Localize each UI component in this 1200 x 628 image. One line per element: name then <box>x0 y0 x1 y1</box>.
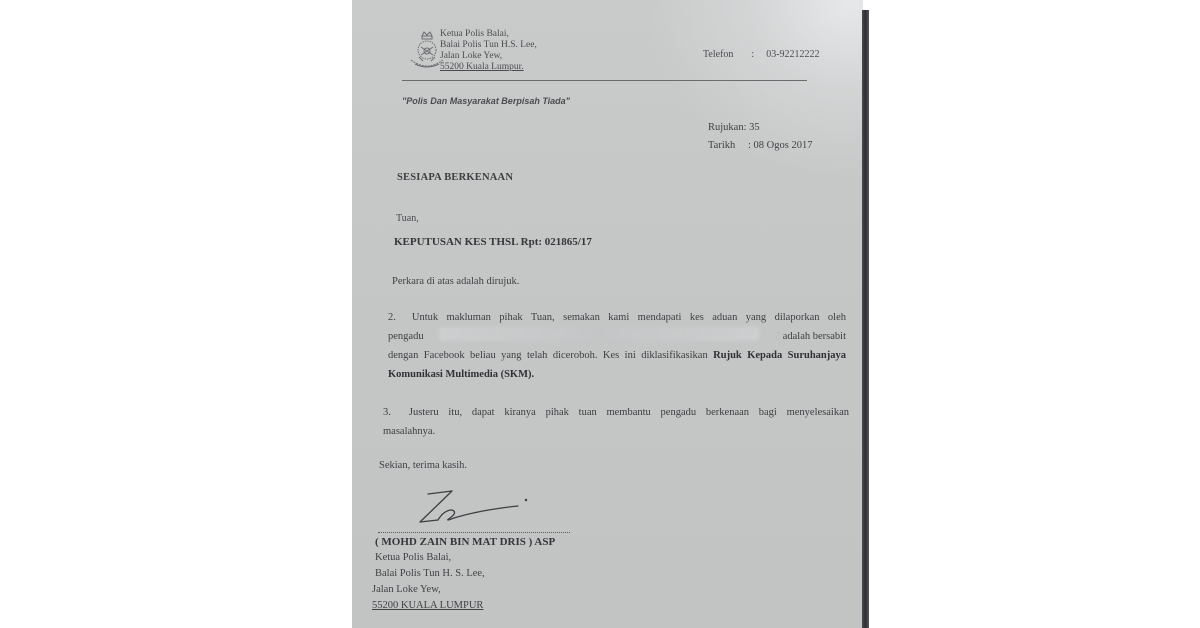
closing: Sekian, terima kasih. <box>379 460 467 471</box>
signer-address-line: 55200 KUALA LUMPUR <box>372 598 485 614</box>
date-row: Tarikh: 08 Ogos 2017 <box>708 137 812 155</box>
signer-address: Ketua Polis Balai, Balai Polis Tun H. S.… <box>372 550 485 614</box>
subject-line: KEPUTUSAN KES THSL Rpt: 021865/17 <box>394 236 592 248</box>
telephone-separator: : <box>751 49 754 60</box>
salutation: Tuan, <box>396 213 419 224</box>
tarikh-separator: : <box>748 140 751 151</box>
letterhead-address-line: 55200 Kuala Lumpur. <box>440 62 537 73</box>
paragraph-text: Untuk makluman pihak Tuan, semakan kami … <box>412 308 846 327</box>
signer-address-line: Ketua Polis Balai, <box>372 550 485 566</box>
paragraph-line: masalahnya. <box>383 422 849 441</box>
addressee: SESIAPA BERKENAAN <box>397 172 513 183</box>
paragraph-line: Komunikasi Multimedia (SKM). <box>388 365 846 384</box>
rujukan-label: Rujukan: <box>708 122 747 133</box>
letterhead-divider <box>402 80 807 81</box>
paragraph-line: dengan Facebook beliau yang telah dicero… <box>388 346 846 365</box>
telephone-number: 03-92212222 <box>766 49 819 60</box>
photo-stage: Ketua Polis Balai, Balai Polis Tun H.S. … <box>0 0 1200 628</box>
redacted-tail: 7 <box>775 331 780 342</box>
reference-block: Rujukan: 35 Tarikh: 08 Ogos 2017 <box>708 119 812 155</box>
letterhead-address-line: Ketua Polis Balai, <box>440 29 537 40</box>
paragraph-line: 2. Untuk makluman pihak Tuan, semakan ka… <box>388 308 846 327</box>
rujukan-value: 35 <box>749 122 760 133</box>
paragraph-text: adalah bersabit <box>783 331 846 342</box>
motto: "Polis Dan Masyarakat Berpisah Tiada" <box>402 96 570 106</box>
classification-text: Komunikasi Multimedia (SKM). <box>388 369 534 380</box>
tarikh-label: Tarikh <box>708 137 748 155</box>
paragraph-text: Justeru itu, dapat kiranya pihak tuan me… <box>409 403 849 422</box>
paragraph-line: pengadu 7 adalah bersabit <box>388 327 846 346</box>
signer-address-line: Balai Polis Tun H. S. Lee, <box>372 566 485 582</box>
paper-edge-shadow <box>862 10 869 628</box>
redacted-complainant-details <box>439 327 759 341</box>
paragraph-number: 2. <box>388 308 396 327</box>
signer-name: ( MOHD ZAIN BIN MAT DRIS ) ASP <box>375 536 555 548</box>
intro-sentence: Perkara di atas adalah dirujuk. <box>392 276 519 287</box>
paragraph-line: 3. Justeru itu, dapat kiranya pihak tuan… <box>383 403 849 422</box>
paragraph-2: 2. Untuk makluman pihak Tuan, semakan ka… <box>388 308 846 384</box>
letterhead-address-line: Balai Polis Tun H.S. Lee, <box>440 40 537 51</box>
letterhead-address-line: Jalan Loke Yew, <box>440 51 537 62</box>
telephone-label: Telefon <box>703 49 733 60</box>
signature-dotted-line <box>378 532 570 533</box>
paragraph-text: pengadu <box>388 327 424 346</box>
tarikh-value: 08 Ogos 2017 <box>754 140 813 151</box>
paragraph-text: dengan Facebook beliau yang telah dicero… <box>388 350 708 361</box>
classification-text: Rujuk Kepada Suruhanjaya <box>713 350 846 361</box>
signature-icon <box>410 488 540 528</box>
telephone: Telefon:03-92212222 <box>703 49 820 60</box>
paragraph-3: 3. Justeru itu, dapat kiranya pihak tuan… <box>383 403 849 441</box>
signer-address-line: Jalan Loke Yew, <box>372 582 485 598</box>
letterhead-address: Ketua Polis Balai, Balai Polis Tun H.S. … <box>440 29 537 73</box>
reference-row: Rujukan: 35 <box>708 119 812 137</box>
paragraph-number: 3. <box>383 403 391 422</box>
